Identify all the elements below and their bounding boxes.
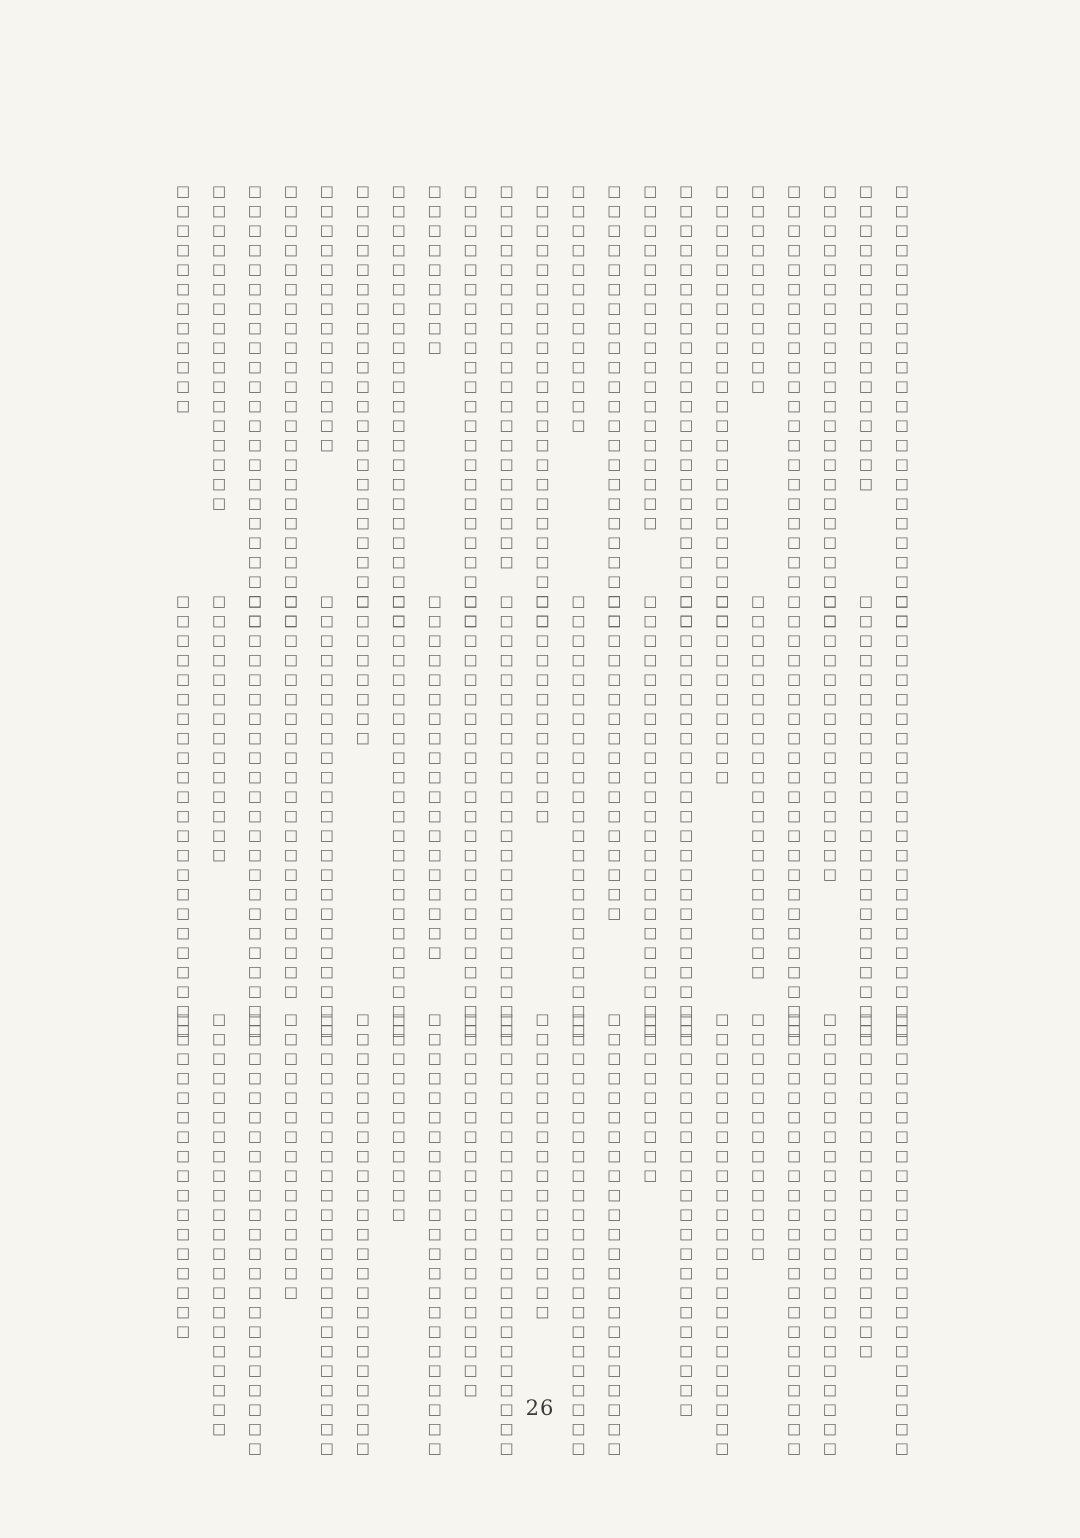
text-column-redacted: □□□□□□□□□□□□□□□□□□□□□□□ [858,592,873,1041]
text-column-redacted: □□□□□□□□□□□□□□□□□□□□ [498,182,513,572]
text-column-redacted: □□□□□□□□□□□□□□□□□□ [642,182,657,533]
text-column-redacted: □□□□□□□□□□□□□□ [211,592,226,865]
text-column-redacted: □□□□□□□□□□□□ [534,592,549,826]
text-block-bottom: □□□□□□□□□□□□□□□□□□□□□□□□□□□□□□□□□□□□□□□□… [175,1010,909,1394]
text-column-redacted: □□□□□□□□□□□□□□□□ [858,182,873,494]
text-column-redacted: □□□□□□□□□□□□□□□□□□□□□□□ [391,592,406,1041]
text-column-redacted: □□□□□□□□□□□□ [175,182,190,416]
text-column-redacted: □□□□□□□□□□□□□□□□□□□□□□□ [463,592,478,1041]
text-column-redacted: □□□□□□□□□□□□□□□□□□□□□□□ [319,1010,334,1459]
text-column-redacted: □□□□□□□□□□□□□□□ [822,592,837,885]
text-column-redacted: □□□□□□□□□□□□□□□□□□□□□□□ [427,1010,442,1459]
text-column-redacted: □□□□□□□□□□□□□□□□□□□□□□□ [822,182,837,631]
text-column-redacted: □□□□□□□□□□□□□□□□□□□□□□□ [570,1010,585,1459]
text-column-redacted: □□□□□□□□□□□□□□□□□□□□□□□ [714,182,729,631]
text-column-redacted: □□□□□□□□□□□□□□□□□□□□□□□ [786,592,801,1041]
text-column-redacted: □□□□□□□□□ [642,1010,657,1186]
text-column-redacted: □□□□□□□□□□□□□□□□□□□□□□□ [534,182,549,631]
text-block-middle: □□□□□□□□□□□□□□□□□□□□□□□□□□□□□□□□□□□□□□□□… [175,592,909,976]
text-column-redacted: □□□□□□□□□□□□□□□□□□□□□□□ [463,182,478,631]
text-column-redacted: □□□□□□□□□□□□□□□□□□□□□□□ [355,1010,370,1459]
page-number: 26 [0,1396,1080,1420]
text-column-redacted: □□□□□□□□□□□□□□□□□□□□□□□ [894,592,909,1041]
text-column-redacted: □□□□□□□□□□□□□□□□□□□□□□□ [247,1010,262,1459]
text-column-redacted: □□□□□□□□□□□□□□□□□□□□□□□ [678,182,693,631]
text-column-redacted: □□□□□□□□□□□□□□□□□□□□□□ [355,182,370,611]
text-column-redacted: □□□□□□□□□□□□□□□□□ [211,182,226,514]
text-column-redacted: □□□□□□□□□□□□□□□□□□□□□□□ [175,592,190,1041]
text-column-redacted: □□□□□□□□□□□□□□□□□□□□□□□ [606,182,621,631]
text-column-redacted: □□□□□□□□□□□□□□□□□□□□□ [678,1010,693,1420]
text-column-redacted: □□□□□□□□□□□□□□□□ [534,1010,549,1322]
book-page: □□□□□□□□□□□□□□□□□□□□□□□□□□□□□□□□□□□□□□□□… [0,0,1080,1538]
text-column-redacted: □□□□□□□□□□□□□□□□□□□□□□□ [247,592,262,1041]
text-column-redacted: □□□□□□□□□□ [714,592,729,787]
text-column-redacted: □□□□□□□□□□□□□□□□□□□□□□□ [606,1010,621,1459]
text-column-redacted: □□□□□□□□□□□□□ [750,1010,765,1264]
text-column-redacted: □□□□□□□□□□□□□□□□□□□□□ [283,592,298,1002]
text-column-redacted: □□□□□□□□□□□□□□□□□□□□□ [786,182,801,592]
text-column-redacted: □□□□□□□□□ [427,182,442,358]
text-column-redacted: □□□□□□□□□□□□□□□□□□□□□□□ [786,1010,801,1459]
text-column-redacted: □□□□□□□□□□□□□□□□□□□ [427,592,442,963]
text-column-redacted: □□□□□□□□□□□□□□□□□□□□□□□ [678,592,693,1041]
text-column-redacted: □□□□□□□□□□□□□□□□□□□□□□□ [894,1010,909,1459]
text-column-redacted: □□□□□□□□□□□□□□□□□ [606,592,621,924]
text-column-redacted: □□□□□□□□□□□□□□□□□□□□□□□ [498,1010,513,1459]
text-column-redacted: □□□□□□□□□□□□□□□□□□□□□□□ [570,592,585,1041]
text-column-redacted: □□□□□□□□□□□□□□□□□□ [858,1010,873,1361]
text-column-redacted: □□□□□□□□□□□□□□□□□□□□□□ [211,1010,226,1439]
text-column-redacted: □□□□□□□□□□□□□□□□□□□□ [750,592,765,982]
text-column-redacted: □□□□□□□□□□□□□□□□□□□□□□□ [391,182,406,631]
text-column-redacted: □□□□□□□□□□□ [391,1010,406,1225]
text-column-redacted: □□□□□□□□□□□ [750,182,765,397]
text-column-redacted: □□□□□□□□□□□□□ [570,182,585,436]
text-block-top: □□□□□□□□□□□□□□□□□□□□□□□□□□□□□□□□□□□□□□□□… [175,182,909,566]
text-column-redacted: □□□□□□□□□□□□□□□□□ [175,1010,190,1342]
text-column-redacted: □□□□□□□□□□□□□□□□□□□□□□□ [283,182,298,631]
text-column-redacted: □□□□□□□□□□□□□□□□□□□□□□□ [319,592,334,1041]
text-column-redacted: □□□□□□□□□□□□□□□□□□□□□□□ [642,592,657,1041]
text-column-redacted: □□□□□□□□□□□□□□□□□□□□□□□ [247,182,262,631]
text-column-redacted: □□□□□□□□□□□□□□□ [283,1010,298,1303]
text-column-redacted: □□□□□□□□ [355,592,370,748]
text-column-redacted: □□□□□□□□□□□□□□ [319,182,334,455]
text-column-redacted: □□□□□□□□□□□□□□□□□□□□ [463,1010,478,1400]
text-column-redacted: □□□□□□□□□□□□□□□□□□□□□□□ [822,1010,837,1459]
text-column-redacted: □□□□□□□□□□□□□□□□□□□□□□□ [714,1010,729,1459]
text-column-redacted: □□□□□□□□□□□□□□□□□□□□□□□ [498,592,513,1041]
text-column-redacted: □□□□□□□□□□□□□□□□□□□□□□□ [894,182,909,631]
